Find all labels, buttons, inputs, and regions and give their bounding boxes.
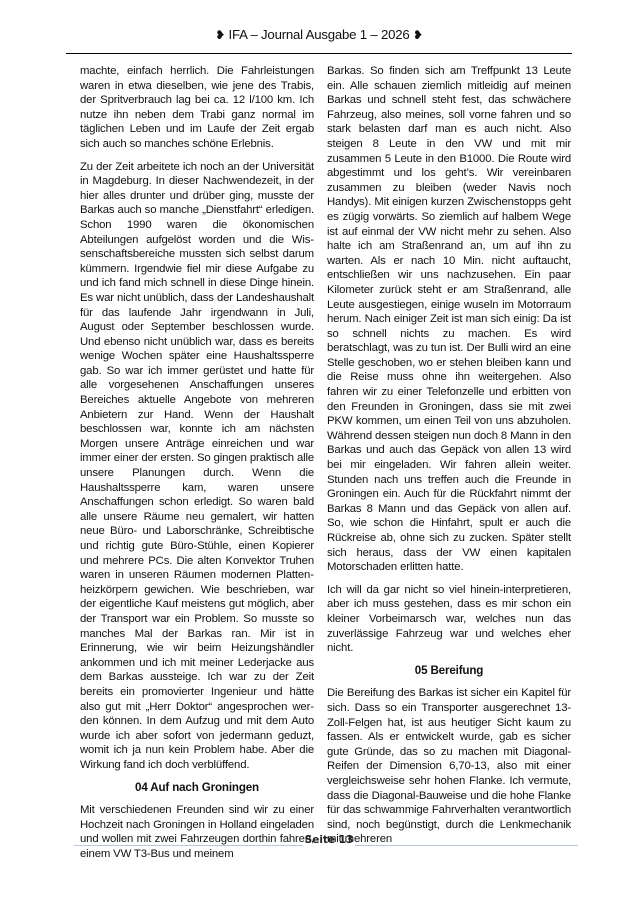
paragraph: machte, einfach herrlich. Die Fahrleistu… — [80, 64, 314, 152]
page-header: ❥ IFA – Journal Ausgabe 1 – 2026 ❥ — [66, 27, 572, 42]
paragraph: Ich will da gar nicht so viel hinein-int… — [327, 583, 571, 656]
footer-rule-left — [74, 845, 303, 846]
page-footer: Seite 13 — [74, 828, 578, 848]
ornament-left-icon: ❥ — [215, 28, 225, 42]
right-column: Barkas. So finden sich am Treffpunkt 13 … — [327, 64, 571, 855]
footer-rule-right — [355, 845, 578, 846]
section-heading: 05 Bereifung — [327, 664, 571, 679]
journal-title: IFA – Journal Ausgabe 1 – 2026 — [229, 27, 410, 42]
section-heading: 04 Auf nach Groningen — [80, 781, 314, 796]
paragraph: Barkas. So finden sich am Treffpunkt 13 … — [327, 64, 571, 575]
ornament-right-icon: ❥ — [413, 28, 423, 42]
page-number: Seite 13 — [303, 834, 355, 846]
paragraph: Die Bereifung des Barkas ist sicher ein … — [327, 686, 571, 847]
paragraph: Zu der Zeit arbeitete ich noch an der Un… — [80, 160, 314, 773]
left-column: machte, einfach herrlich. Die Fahrleistu… — [80, 64, 314, 869]
header-rule — [66, 53, 572, 54]
